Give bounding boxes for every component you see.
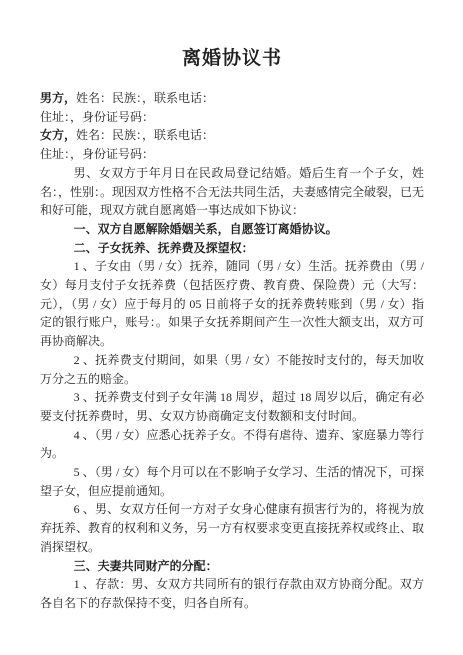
section-2-clause-4: 4 、（男 / 女）应悉心抚养子女。不得有虐待、遗弃、家庭暴力等行为。: [40, 426, 424, 463]
party-female-address: 住址：，身份证号码：: [40, 145, 424, 164]
section-3-heading: 三、夫妻共同财产的分配：: [40, 557, 424, 576]
section-2-clause-1: 1 、子女由（男 / 女）抚养，随同（男 / 女）生活。抚养费由（男 / 女）每…: [40, 257, 424, 351]
section-2-clause-3: 3 、抚养费支付到子女年满 18 周岁，超过 18 周岁以后，确定有必要支付抚养…: [40, 388, 424, 425]
section-2-heading: 二、子女抚养、抚养费及探望权：: [40, 239, 424, 258]
section-2-clause-5: 5 、（男 / 女）每个月可以在不影响子女学习、生活的情况下，可探望子女，但应提…: [40, 463, 424, 500]
party-female-info: 姓名：民族：，联系电话：: [76, 128, 214, 142]
intro-paragraph: 男、女双方于年月日在民政局登记结婚。婚后生育一个子女，姓名：，性别：。现因双方性…: [40, 164, 424, 220]
party-female-line: 女方，姓名：民族：，联系电话：: [40, 126, 424, 145]
section-2-clause-2: 2 、抚养费支付期间，如果（男 / 女）不能按时支付的，每天加收万分之五的赔金。: [40, 351, 424, 388]
party-male-label: 男方，: [40, 91, 76, 105]
document-page: 离婚协议书 男方，姓名：民族：，联系电话： 住址：，身份证号码： 女方，姓名：民…: [0, 0, 463, 655]
document-title: 离婚协议书: [40, 47, 424, 71]
section-1-heading: 一、双方自愿解除婚姻关系，自愿签订离婚协议。: [40, 220, 424, 239]
section-3-clause-1: 1 、存款：男、女双方共同所有的银行存款由双方协商分配。双方各自名下的存款保持不…: [40, 575, 424, 612]
party-male-line: 男方，姓名：民族：，联系电话：: [40, 89, 424, 108]
section-2-clause-6: 6 、男、女双方任何一方对子女身心健康有损害行为的，将视为放弃抚养、教育的权利和…: [40, 500, 424, 556]
party-male-info: 姓名：民族：，联系电话：: [76, 91, 214, 105]
party-female-label: 女方，: [40, 128, 76, 142]
party-male-address: 住址：，身份证号码：: [40, 108, 424, 127]
